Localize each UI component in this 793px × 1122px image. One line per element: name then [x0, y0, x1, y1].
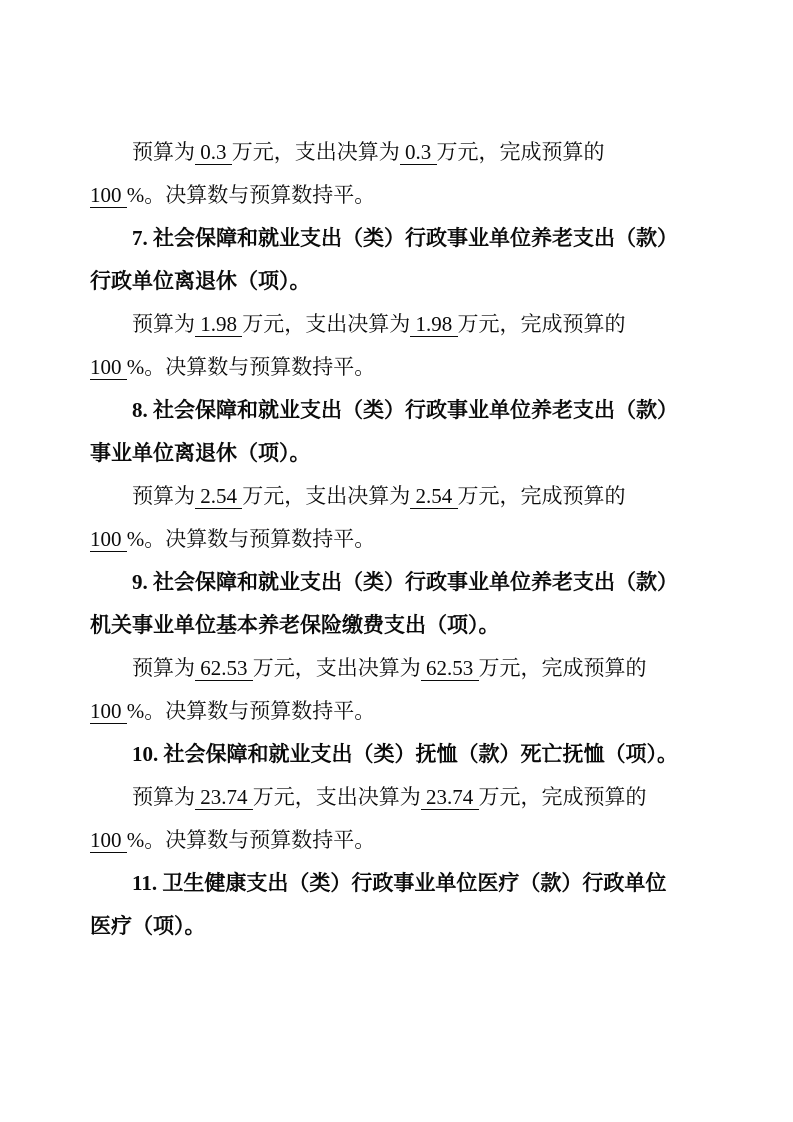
heading-block: 10. 社会保障和就业支出（类）抚恤（款）死亡抚恤（项）。: [90, 733, 702, 776]
text-segment: 万元，完成预算的: [479, 656, 647, 680]
text-segment: 预算为: [132, 312, 195, 336]
heading-block: 8. 社会保障和就业支出（类）行政事业单位养老支出（款）事业单位离退休（项）。: [90, 389, 702, 475]
text-line: 100 %。决算数与预算数持平。: [90, 346, 702, 389]
paragraph-block: 预算为 62.53 万元，支出决算为 62.53 万元，完成预算的100 %。决…: [90, 647, 702, 733]
text-segment: 万元，支出决算为: [242, 484, 410, 508]
text-segment: %。决算数与预算数持平。: [127, 699, 376, 723]
underlined-value: 23.74: [195, 785, 253, 810]
text-line: 行政单位离退休（项）。: [90, 260, 702, 303]
paragraph-block: 预算为 2.54 万元，支出决算为 2.54 万元，完成预算的100 %。决算数…: [90, 475, 702, 561]
text-line: 预算为 62.53 万元，支出决算为 62.53 万元，完成预算的: [90, 647, 702, 690]
underlined-value: 0.3: [400, 140, 437, 165]
text-segment: 万元，完成预算的: [458, 312, 626, 336]
text-segment: 万元，支出决算为: [242, 312, 410, 336]
text-line: 100 %。决算数与预算数持平。: [90, 518, 702, 561]
text-segment: %。决算数与预算数持平。: [127, 183, 376, 207]
paragraph-block: 预算为 23.74 万元，支出决算为 23.74 万元，完成预算的100 %。决…: [90, 776, 702, 862]
text-segment: 万元，完成预算的: [437, 140, 605, 164]
text-segment: 9. 社会保障和就业支出（类）行政事业单位养老支出（款）: [132, 570, 678, 594]
document-page: 预算为 0.3 万元，支出决算为 0.3 万元，完成预算的100 %。决算数与预…: [0, 0, 793, 948]
paragraph-block: 预算为 1.98 万元，支出决算为 1.98 万元，完成预算的100 %。决算数…: [90, 303, 702, 389]
text-line: 10. 社会保障和就业支出（类）抚恤（款）死亡抚恤（项）。: [90, 733, 702, 776]
underlined-value: 100: [90, 183, 127, 208]
text-segment: 预算为: [132, 484, 195, 508]
text-segment: 万元，完成预算的: [458, 484, 626, 508]
heading-block: 7. 社会保障和就业支出（类）行政事业单位养老支出（款）行政单位离退休（项）。: [90, 217, 702, 303]
text-line: 100 %。决算数与预算数持平。: [90, 819, 702, 862]
text-line: 机关事业单位基本养老保险缴费支出（项）。: [90, 604, 702, 647]
underlined-value: 100: [90, 355, 127, 380]
text-segment: 10. 社会保障和就业支出（类）抚恤（款）死亡抚恤（项）。: [132, 742, 678, 766]
text-line: 100 %。决算数与预算数持平。: [90, 690, 702, 733]
underlined-value: 100: [90, 527, 127, 552]
text-segment: 11. 卫生健康支出（类）行政事业单位医疗（款）行政单位: [132, 871, 666, 895]
text-line: 医疗（项）。: [90, 905, 702, 948]
text-segment: 医疗（项）。: [90, 914, 206, 938]
text-segment: %。决算数与预算数持平。: [127, 527, 376, 551]
text-segment: %。决算数与预算数持平。: [127, 828, 376, 852]
text-segment: 预算为: [132, 785, 195, 809]
text-line: 9. 社会保障和就业支出（类）行政事业单位养老支出（款）: [90, 561, 702, 604]
heading-block: 9. 社会保障和就业支出（类）行政事业单位养老支出（款）机关事业单位基本养老保险…: [90, 561, 702, 647]
underlined-value: 1.98: [410, 312, 457, 337]
text-segment: 万元，支出决算为: [253, 785, 421, 809]
underlined-value: 0.3: [195, 140, 232, 165]
text-segment: 预算为: [132, 140, 195, 164]
text-segment: 8. 社会保障和就业支出（类）行政事业单位养老支出（款）: [132, 398, 678, 422]
underlined-value: 2.54: [195, 484, 242, 509]
underlined-value: 1.98: [195, 312, 242, 337]
text-segment: 万元，完成预算的: [479, 785, 647, 809]
underlined-value: 62.53: [421, 656, 479, 681]
text-segment: 万元，支出决算为: [253, 656, 421, 680]
text-segment: 万元，支出决算为: [232, 140, 400, 164]
underlined-value: 23.74: [421, 785, 479, 810]
text-segment: %。决算数与预算数持平。: [127, 355, 376, 379]
text-segment: 7. 社会保障和就业支出（类）行政事业单位养老支出（款）: [132, 226, 678, 250]
text-line: 预算为 0.3 万元，支出决算为 0.3 万元，完成预算的: [90, 131, 702, 174]
heading-block: 11. 卫生健康支出（类）行政事业单位医疗（款）行政单位医疗（项）。: [90, 862, 702, 948]
underlined-value: 62.53: [195, 656, 253, 681]
text-segment: 事业单位离退休（项）。: [90, 441, 311, 465]
text-line: 8. 社会保障和就业支出（类）行政事业单位养老支出（款）: [90, 389, 702, 432]
text-segment: 行政单位离退休（项）。: [90, 269, 311, 293]
underlined-value: 2.54: [410, 484, 457, 509]
text-line: 预算为 23.74 万元，支出决算为 23.74 万元，完成预算的: [90, 776, 702, 819]
underlined-value: 100: [90, 828, 127, 853]
paragraph-block: 预算为 0.3 万元，支出决算为 0.3 万元，完成预算的100 %。决算数与预…: [90, 131, 702, 217]
text-line: 100 %。决算数与预算数持平。: [90, 174, 702, 217]
text-line: 7. 社会保障和就业支出（类）行政事业单位养老支出（款）: [90, 217, 702, 260]
text-segment: 预算为: [132, 656, 195, 680]
underlined-value: 100: [90, 699, 127, 724]
text-segment: 机关事业单位基本养老保险缴费支出（项）。: [90, 613, 500, 637]
text-line: 事业单位离退休（项）。: [90, 432, 702, 475]
text-line: 预算为 2.54 万元，支出决算为 2.54 万元，完成预算的: [90, 475, 702, 518]
text-line: 预算为 1.98 万元，支出决算为 1.98 万元，完成预算的: [90, 303, 702, 346]
text-line: 11. 卫生健康支出（类）行政事业单位医疗（款）行政单位: [90, 862, 702, 905]
